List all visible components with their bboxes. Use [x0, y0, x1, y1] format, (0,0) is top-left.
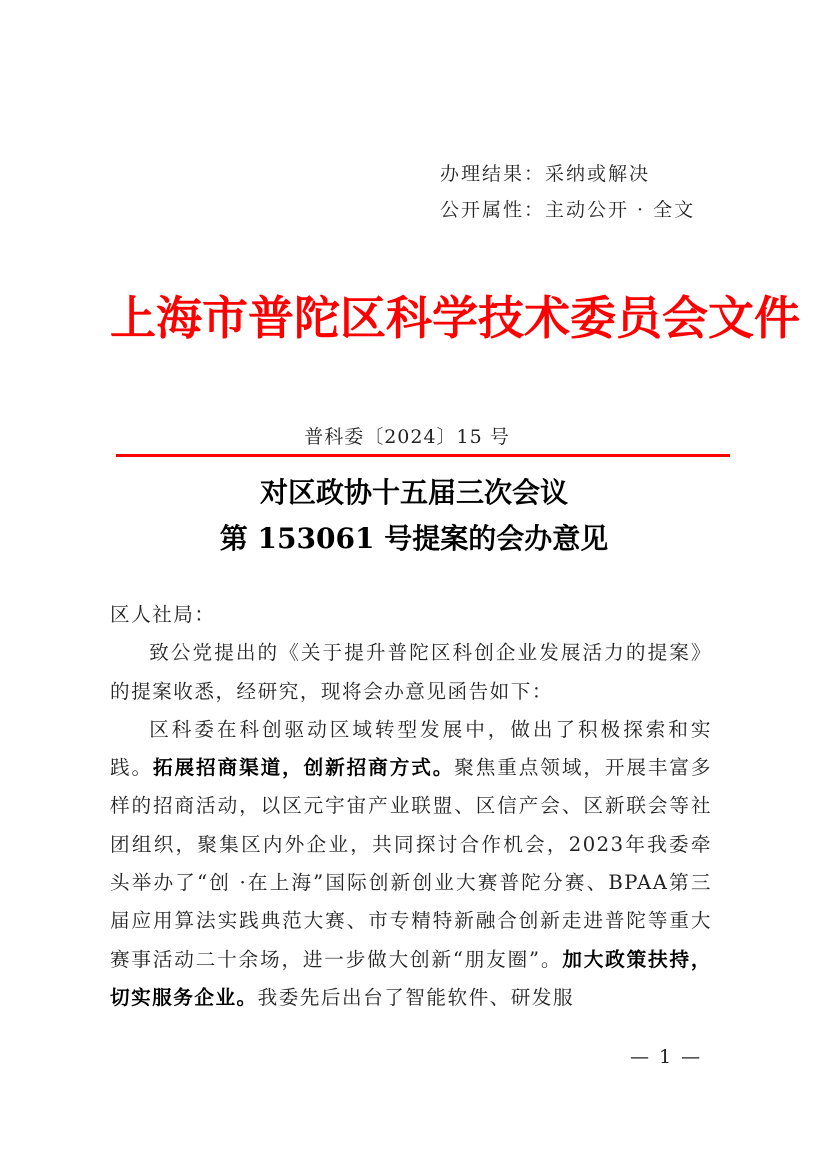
paragraph-text: 致公党提出的《关于提升普陀区科创企业发展活力的提案》的提案收悉，经研究，现将会办…: [110, 641, 712, 702]
bold-heading-investment: 拓展招商渠道，创新招商方式。: [153, 756, 454, 779]
paragraph-2: 区科委在科创驱动区域转型发展中，做出了积极探索和实践。拓展招商渠道，创新招商方式…: [110, 711, 712, 1017]
handling-result: 办理结果：采纳或解决: [440, 156, 695, 192]
document-number: 普科委〔2024〕15 号: [0, 422, 822, 449]
title-line-2: 第 153061 号提案的会办意见: [110, 516, 718, 562]
disclosure-attribute: 公开属性：主动公开 · 全文: [440, 192, 695, 228]
page-number: — 1 —: [630, 1046, 702, 1068]
masthead-title: 上海市普陀区科学技术委员会文件: [110, 286, 740, 350]
paragraph-text: 我委先后出台了智能软件、研发服: [258, 986, 574, 1009]
document-body: 区人社局： 致公党提出的《关于提升普陀区科创企业发展活力的提案》的提案收悉，经研…: [110, 596, 712, 1017]
document-title: 对区政协十五届三次会议 第 153061 号提案的会办意见: [110, 470, 718, 562]
salutation: 区人社局：: [110, 596, 712, 634]
document-meta: 办理结果：采纳或解决 公开属性：主动公开 · 全文: [440, 156, 695, 228]
paragraph-text: 聚焦重点领域，开展丰富多样的招商活动，以区元宇宙产业联盟、区信产会、区新联会等社…: [110, 756, 712, 970]
paragraph-1: 致公党提出的《关于提升普陀区科创企业发展活力的提案》的提案收悉，经研究，现将会办…: [110, 634, 712, 711]
red-divider-line: [116, 454, 730, 457]
title-line-1: 对区政协十五届三次会议: [110, 470, 718, 516]
